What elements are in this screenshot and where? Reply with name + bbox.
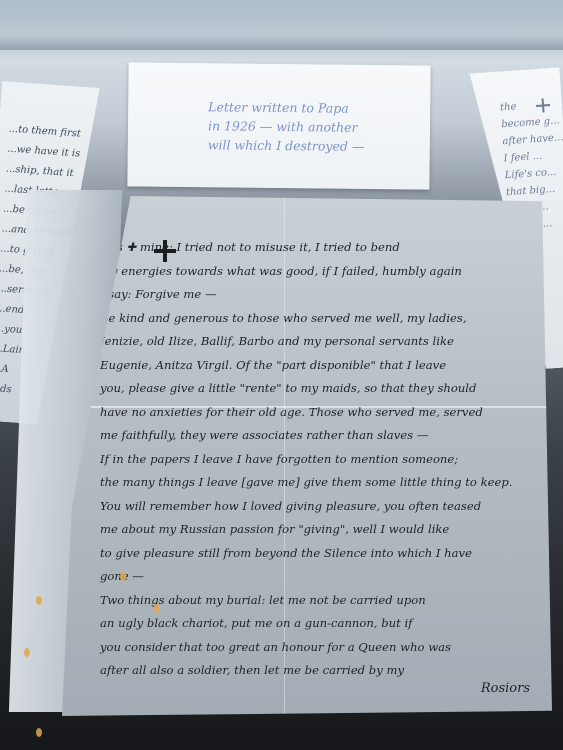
light-reflection — [120, 572, 126, 581]
letter-text: was ✚ mine; I tried not to misuse it, I … — [100, 236, 512, 683]
light-reflection — [24, 648, 30, 657]
signature: Rosiors — [481, 681, 530, 696]
top-note-card: Letter written to Papa in 1926 — with an… — [127, 62, 430, 189]
light-reflection — [36, 728, 42, 737]
top-note-text: Letter written to Papa in 1926 — with an… — [208, 97, 365, 156]
display-case-top — [0, 0, 563, 50]
light-reflection — [154, 604, 160, 613]
light-reflection — [36, 596, 42, 605]
main-letter-page: was ✚ mine; I tried not to misuse it, I … — [62, 196, 552, 716]
